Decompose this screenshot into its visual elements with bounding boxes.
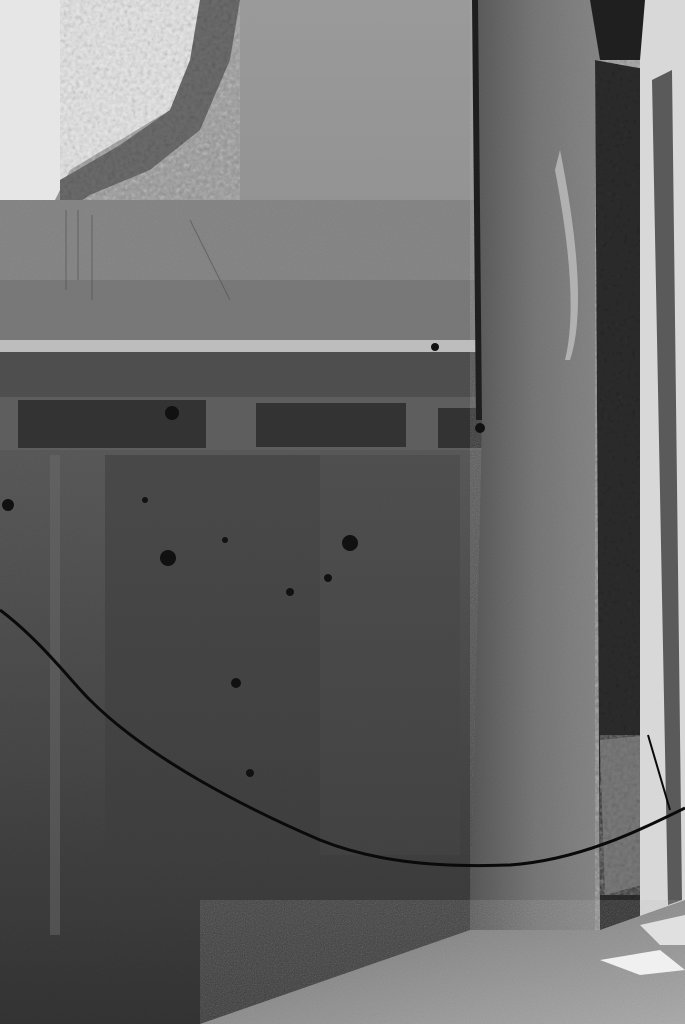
vertical-stripe	[50, 455, 60, 935]
cornice-band	[0, 352, 485, 397]
cornice-highlight	[0, 340, 485, 352]
wall-scene	[0, 0, 685, 1024]
lower-panel-left	[105, 455, 320, 855]
frieze-panel-left	[18, 400, 206, 448]
corner-pilaster	[470, 0, 600, 940]
frieze-panel-center	[256, 403, 406, 447]
lower-panel-right	[320, 455, 460, 855]
upper-plaster-shadow	[0, 280, 480, 345]
wall-photograph	[0, 0, 685, 1024]
